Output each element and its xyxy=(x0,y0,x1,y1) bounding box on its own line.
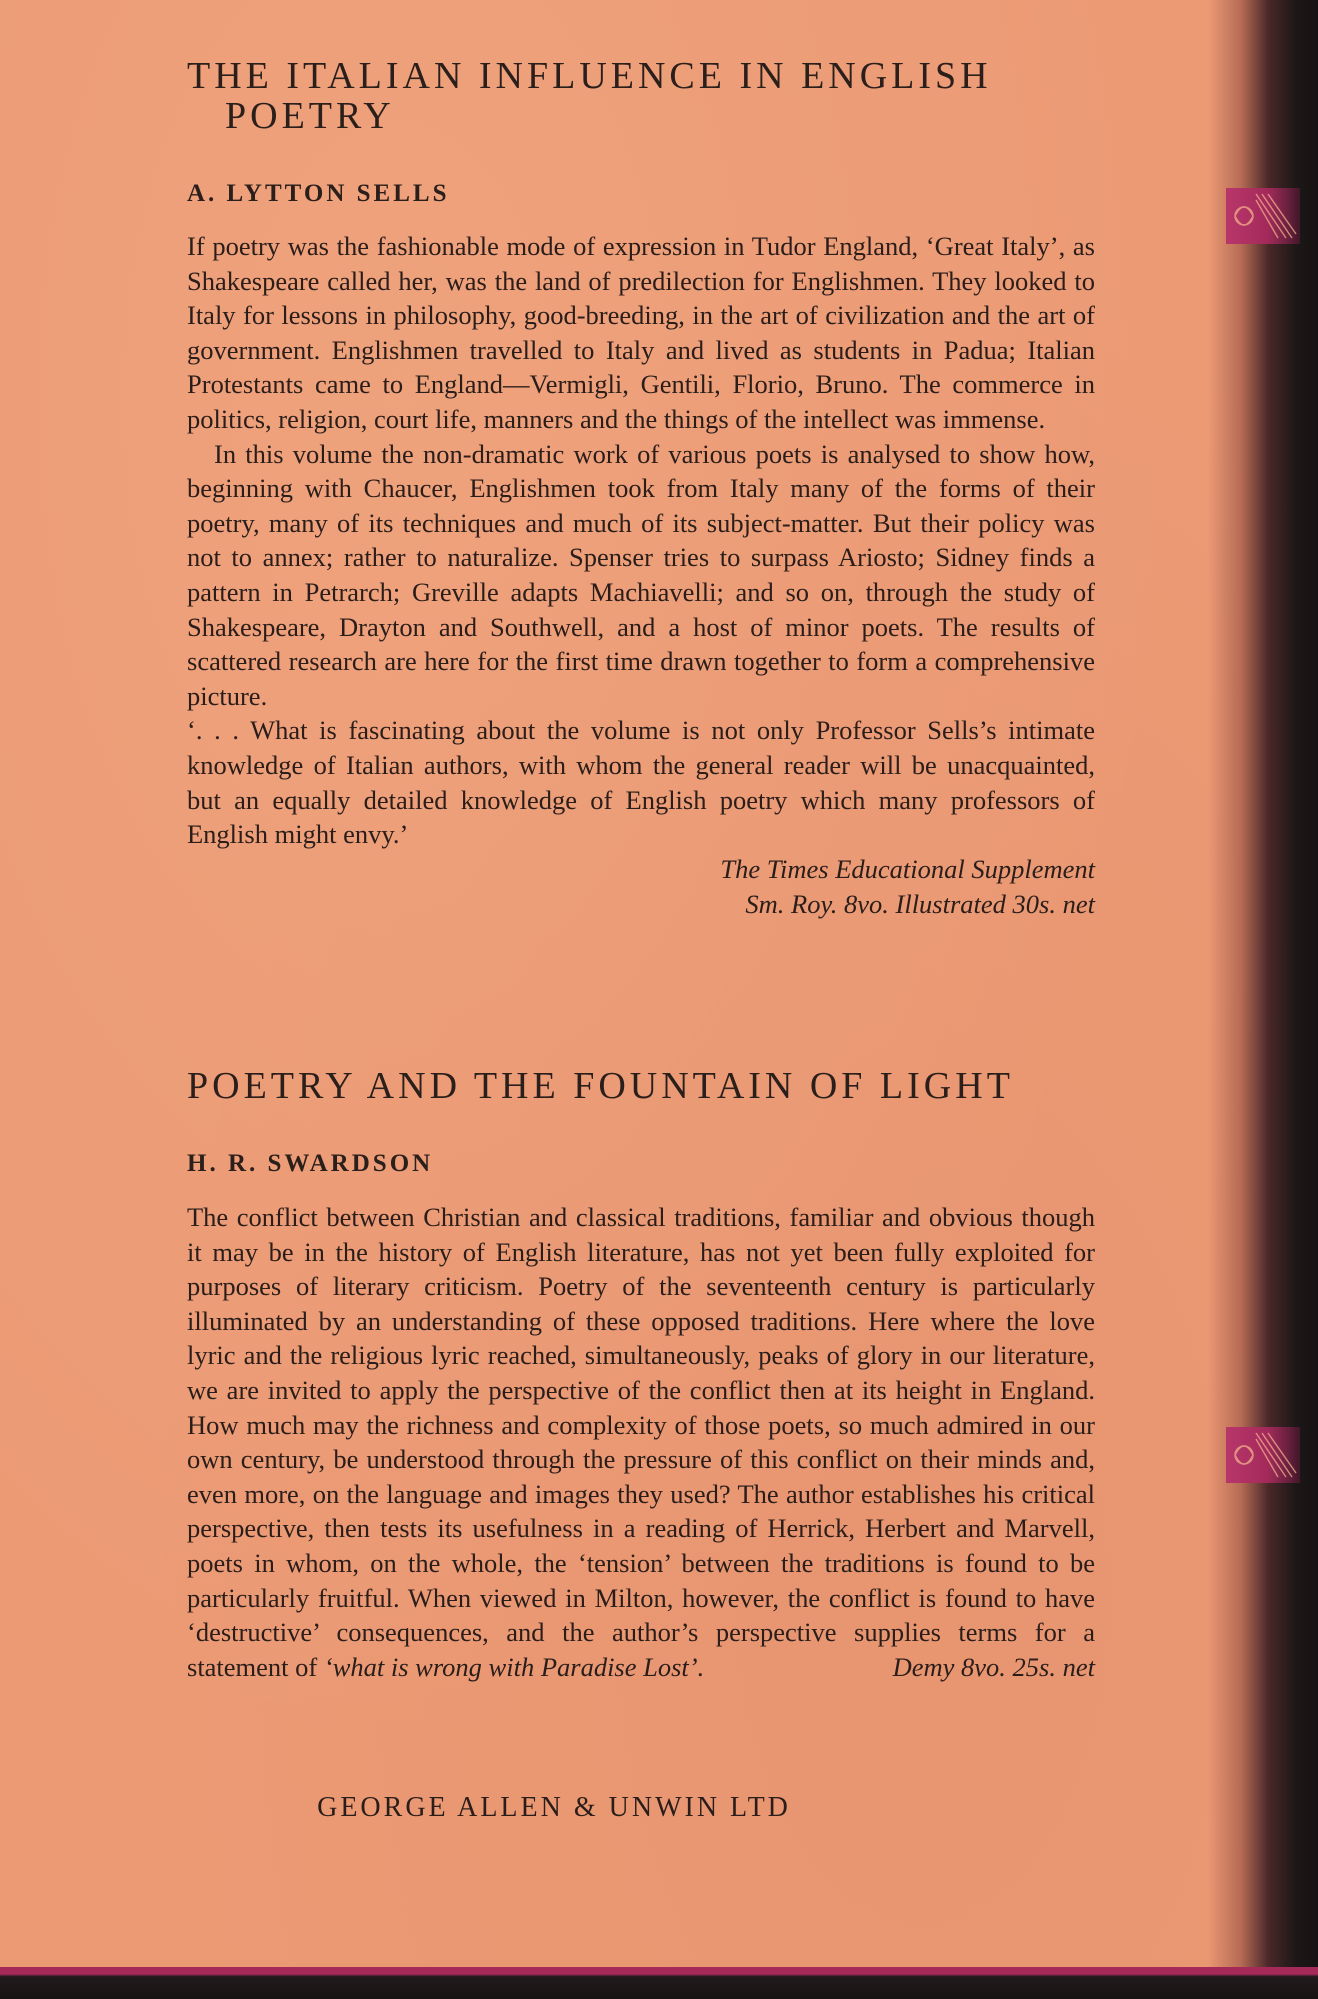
book2-paragraph: The conflict between Christian and class… xyxy=(187,1200,1095,1684)
publisher-name: GEORGE ALLEN & UNWIN LTD xyxy=(317,1792,791,1824)
book2-paragraph-text: The conflict between Christian and class… xyxy=(187,1202,1095,1682)
floral-ornament-icon xyxy=(1226,188,1300,244)
book2-author: H. R. SWARDSON xyxy=(187,1150,1095,1178)
book-spine xyxy=(1208,0,1318,1999)
binding-edge xyxy=(0,1967,1318,1999)
book2-quoted-phrase: ‘what is wrong with Paradise Lost’. xyxy=(324,1652,704,1682)
book2-format-price: Demy 8vo. 25s. net xyxy=(893,1650,1095,1685)
book1-paragraph-1: If poetry was the fashionable mode of ex… xyxy=(187,229,1095,437)
book1-author: A. LYTTON SELLS xyxy=(187,180,1095,208)
spine-ornament-icon xyxy=(1226,188,1300,244)
book1-section: THE ITALIAN INFLUENCE IN ENGLISH POETRY xyxy=(187,56,1095,136)
spine-ornament-icon xyxy=(1226,1427,1300,1483)
book1-title-line2: POETRY xyxy=(187,96,1095,136)
book1-review-quote: ‘. . . What is fascinating about the vol… xyxy=(187,713,1095,851)
book2-title: POETRY AND THE FOUNTAIN OF LIGHT xyxy=(187,1066,1095,1106)
book2-section: POETRY AND THE FOUNTAIN OF LIGHT xyxy=(187,1066,1095,1106)
book1-review-source: The Times Educational Supplement xyxy=(187,852,1095,887)
book-jacket-back-cover: THE ITALIAN INFLUENCE IN ENGLISH POETRY … xyxy=(0,0,1318,1999)
book1-title: THE ITALIAN INFLUENCE IN ENGLISH POETRY xyxy=(187,56,1095,136)
book1-title-line1: THE ITALIAN INFLUENCE IN ENGLISH xyxy=(187,55,992,97)
book1-paragraph-2: In this volume the non-dramatic work of … xyxy=(187,437,1095,714)
book2-description: The conflict between Christian and class… xyxy=(187,1200,1095,1684)
publisher-imprint: GEORGE ALLEN & UNWIN LTD xyxy=(0,1792,1318,1824)
book1-format-price: Sm. Roy. 8vo. Illustrated 30s. net xyxy=(187,887,1095,922)
book1-description: If poetry was the fashionable mode of ex… xyxy=(187,229,1095,922)
floral-ornament-icon xyxy=(1226,1427,1300,1483)
